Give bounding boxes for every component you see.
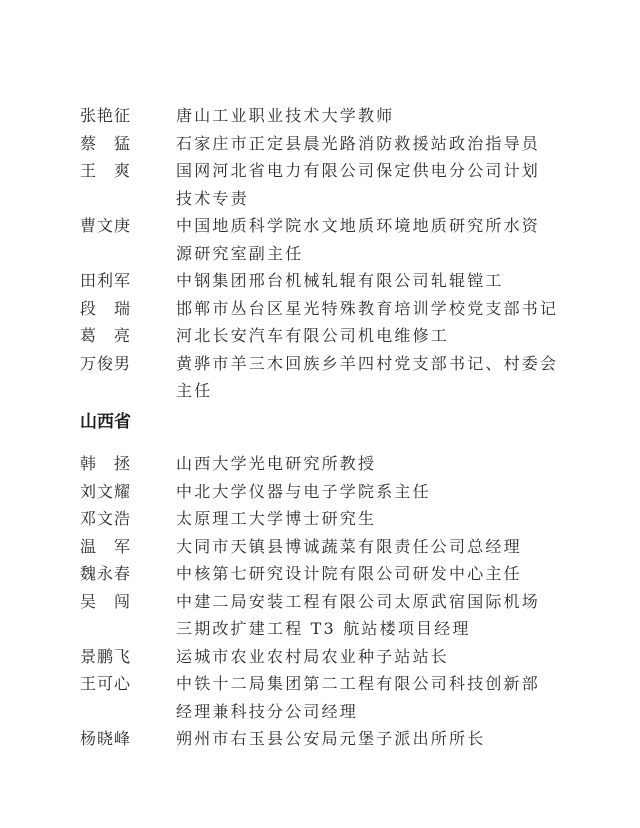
person-name: 万俊男: [80, 350, 176, 378]
person-title: 中钢集团邢台机械轧辊有限公司轧辊镗工: [176, 267, 540, 295]
person-name: 景鹏飞: [80, 643, 176, 671]
person-name: 张艳征: [80, 102, 176, 130]
person-title: 石家庄市正定县晨光路消防救援站政治指导员: [176, 130, 540, 158]
title-line: 运城市农业农村局农业种子站站长: [176, 643, 540, 671]
title-line: 石家庄市正定县晨光路消防救援站政治指导员: [176, 130, 540, 158]
list-item: 万俊男 黄骅市羊三木回族乡羊四村党支部书记、村委会 主任: [80, 350, 540, 405]
list-item: 邓文浩 太原理工大学博士研究生: [80, 505, 540, 533]
title-line: 中铁十二局集团第二工程有限公司科技创新部: [176, 670, 540, 698]
person-name: 段 瑞: [80, 295, 176, 323]
title-line: 三期改扩建工程 T3 航站楼项目经理: [176, 615, 540, 643]
honoree-list: 张艳征 唐山工业职业技术大学教师 蔡 猛 石家庄市正定县晨光路消防救援站政治指导…: [80, 102, 540, 753]
person-title: 大同市天镇县博诚蔬菜有限责任公司总经理: [176, 533, 540, 561]
person-name: 曹文庚: [80, 212, 176, 240]
title-line: 经理兼科技分公司经理: [176, 698, 540, 726]
person-name: 田利军: [80, 267, 176, 295]
title-line: 太原理工大学博士研究生: [176, 505, 540, 533]
person-name: 吴 闯: [80, 588, 176, 616]
list-item: 杨晓峰 朔州市右玉县公安局元堡子派出所所长: [80, 725, 540, 753]
list-item: 魏永春 中核第七研究设计院有限公司研发中心主任: [80, 560, 540, 588]
list-item: 韩 拯 山西大学光电研究所教授: [80, 450, 540, 478]
title-line: 技术专责: [176, 185, 540, 213]
person-title: 国网河北省电力有限公司保定供电分公司计划 技术专责: [176, 157, 540, 212]
list-item: 温 军 大同市天镇县博诚蔬菜有限责任公司总经理: [80, 533, 540, 561]
person-title: 黄骅市羊三木回族乡羊四村党支部书记、村委会 主任: [176, 350, 558, 405]
title-line: 国网河北省电力有限公司保定供电分公司计划: [176, 157, 540, 185]
list-item: 王 爽 国网河北省电力有限公司保定供电分公司计划 技术专责: [80, 157, 540, 212]
person-title: 山西大学光电研究所教授: [176, 450, 540, 478]
list-item: 段 瑞 邯郸市丛台区星光特殊教育培训学校党支部书记: [80, 295, 540, 323]
title-line: 中核第七研究设计院有限公司研发中心主任: [176, 560, 540, 588]
list-item: 吴 闯 中建二局安装工程有限公司太原武宿国际机场 三期改扩建工程 T3 航站楼项…: [80, 588, 540, 643]
title-line: 邯郸市丛台区星光特殊教育培训学校党支部书记: [176, 295, 558, 323]
list-item: 刘文耀 中北大学仪器与电子学院系主任: [80, 478, 540, 506]
title-line: 源研究室副主任: [176, 240, 540, 268]
list-item: 王可心 中铁十二局集团第二工程有限公司科技创新部 经理兼科技分公司经理: [80, 670, 540, 725]
list-item: 葛 亮 河北长安汽车有限公司机电维修工: [80, 322, 540, 350]
province-heading: 山西省: [80, 409, 540, 437]
person-name: 葛 亮: [80, 322, 176, 350]
person-title: 中国地质科学院水文地质环境地质研究所水资 源研究室副主任: [176, 212, 540, 267]
person-title: 朔州市右玉县公安局元堡子派出所所长: [176, 725, 540, 753]
title-line: 主任: [176, 377, 558, 405]
title-line: 大同市天镇县博诚蔬菜有限责任公司总经理: [176, 533, 540, 561]
title-line: 中钢集团邢台机械轧辊有限公司轧辊镗工: [176, 267, 540, 295]
list-item: 景鹏飞 运城市农业农村局农业种子站站长: [80, 643, 540, 671]
person-title: 邯郸市丛台区星光特殊教育培训学校党支部书记: [176, 295, 558, 323]
person-title: 中核第七研究设计院有限公司研发中心主任: [176, 560, 540, 588]
title-line: 中国地质科学院水文地质环境地质研究所水资: [176, 212, 540, 240]
title-line: 中北大学仪器与电子学院系主任: [176, 478, 540, 506]
person-name: 王可心: [80, 670, 176, 698]
person-title: 中北大学仪器与电子学院系主任: [176, 478, 540, 506]
person-title: 唐山工业职业技术大学教师: [176, 102, 540, 130]
person-title: 太原理工大学博士研究生: [176, 505, 540, 533]
list-item: 张艳征 唐山工业职业技术大学教师: [80, 102, 540, 130]
document-page: 张艳征 唐山工业职业技术大学教师 蔡 猛 石家庄市正定县晨光路消防救援站政治指导…: [0, 0, 640, 828]
person-name: 温 军: [80, 533, 176, 561]
list-item: 蔡 猛 石家庄市正定县晨光路消防救援站政治指导员: [80, 130, 540, 158]
list-item: 曹文庚 中国地质科学院水文地质环境地质研究所水资 源研究室副主任: [80, 212, 540, 267]
title-line: 黄骅市羊三木回族乡羊四村党支部书记、村委会: [176, 350, 558, 378]
title-line: 唐山工业职业技术大学教师: [176, 102, 540, 130]
title-line: 山西大学光电研究所教授: [176, 450, 540, 478]
person-title: 中铁十二局集团第二工程有限公司科技创新部 经理兼科技分公司经理: [176, 670, 540, 725]
person-name: 蔡 猛: [80, 130, 176, 158]
person-name: 王 爽: [80, 157, 176, 185]
person-name: 邓文浩: [80, 505, 176, 533]
person-name: 魏永春: [80, 560, 176, 588]
person-title: 中建二局安装工程有限公司太原武宿国际机场 三期改扩建工程 T3 航站楼项目经理: [176, 588, 540, 643]
person-name: 杨晓峰: [80, 725, 176, 753]
title-line: 中建二局安装工程有限公司太原武宿国际机场: [176, 588, 540, 616]
list-item: 田利军 中钢集团邢台机械轧辊有限公司轧辊镗工: [80, 267, 540, 295]
person-title: 运城市农业农村局农业种子站站长: [176, 643, 540, 671]
person-name: 韩 拯: [80, 450, 176, 478]
person-title: 河北长安汽车有限公司机电维修工: [176, 322, 540, 350]
title-line: 朔州市右玉县公安局元堡子派出所所长: [176, 725, 540, 753]
person-name: 刘文耀: [80, 478, 176, 506]
title-line: 河北长安汽车有限公司机电维修工: [176, 322, 540, 350]
